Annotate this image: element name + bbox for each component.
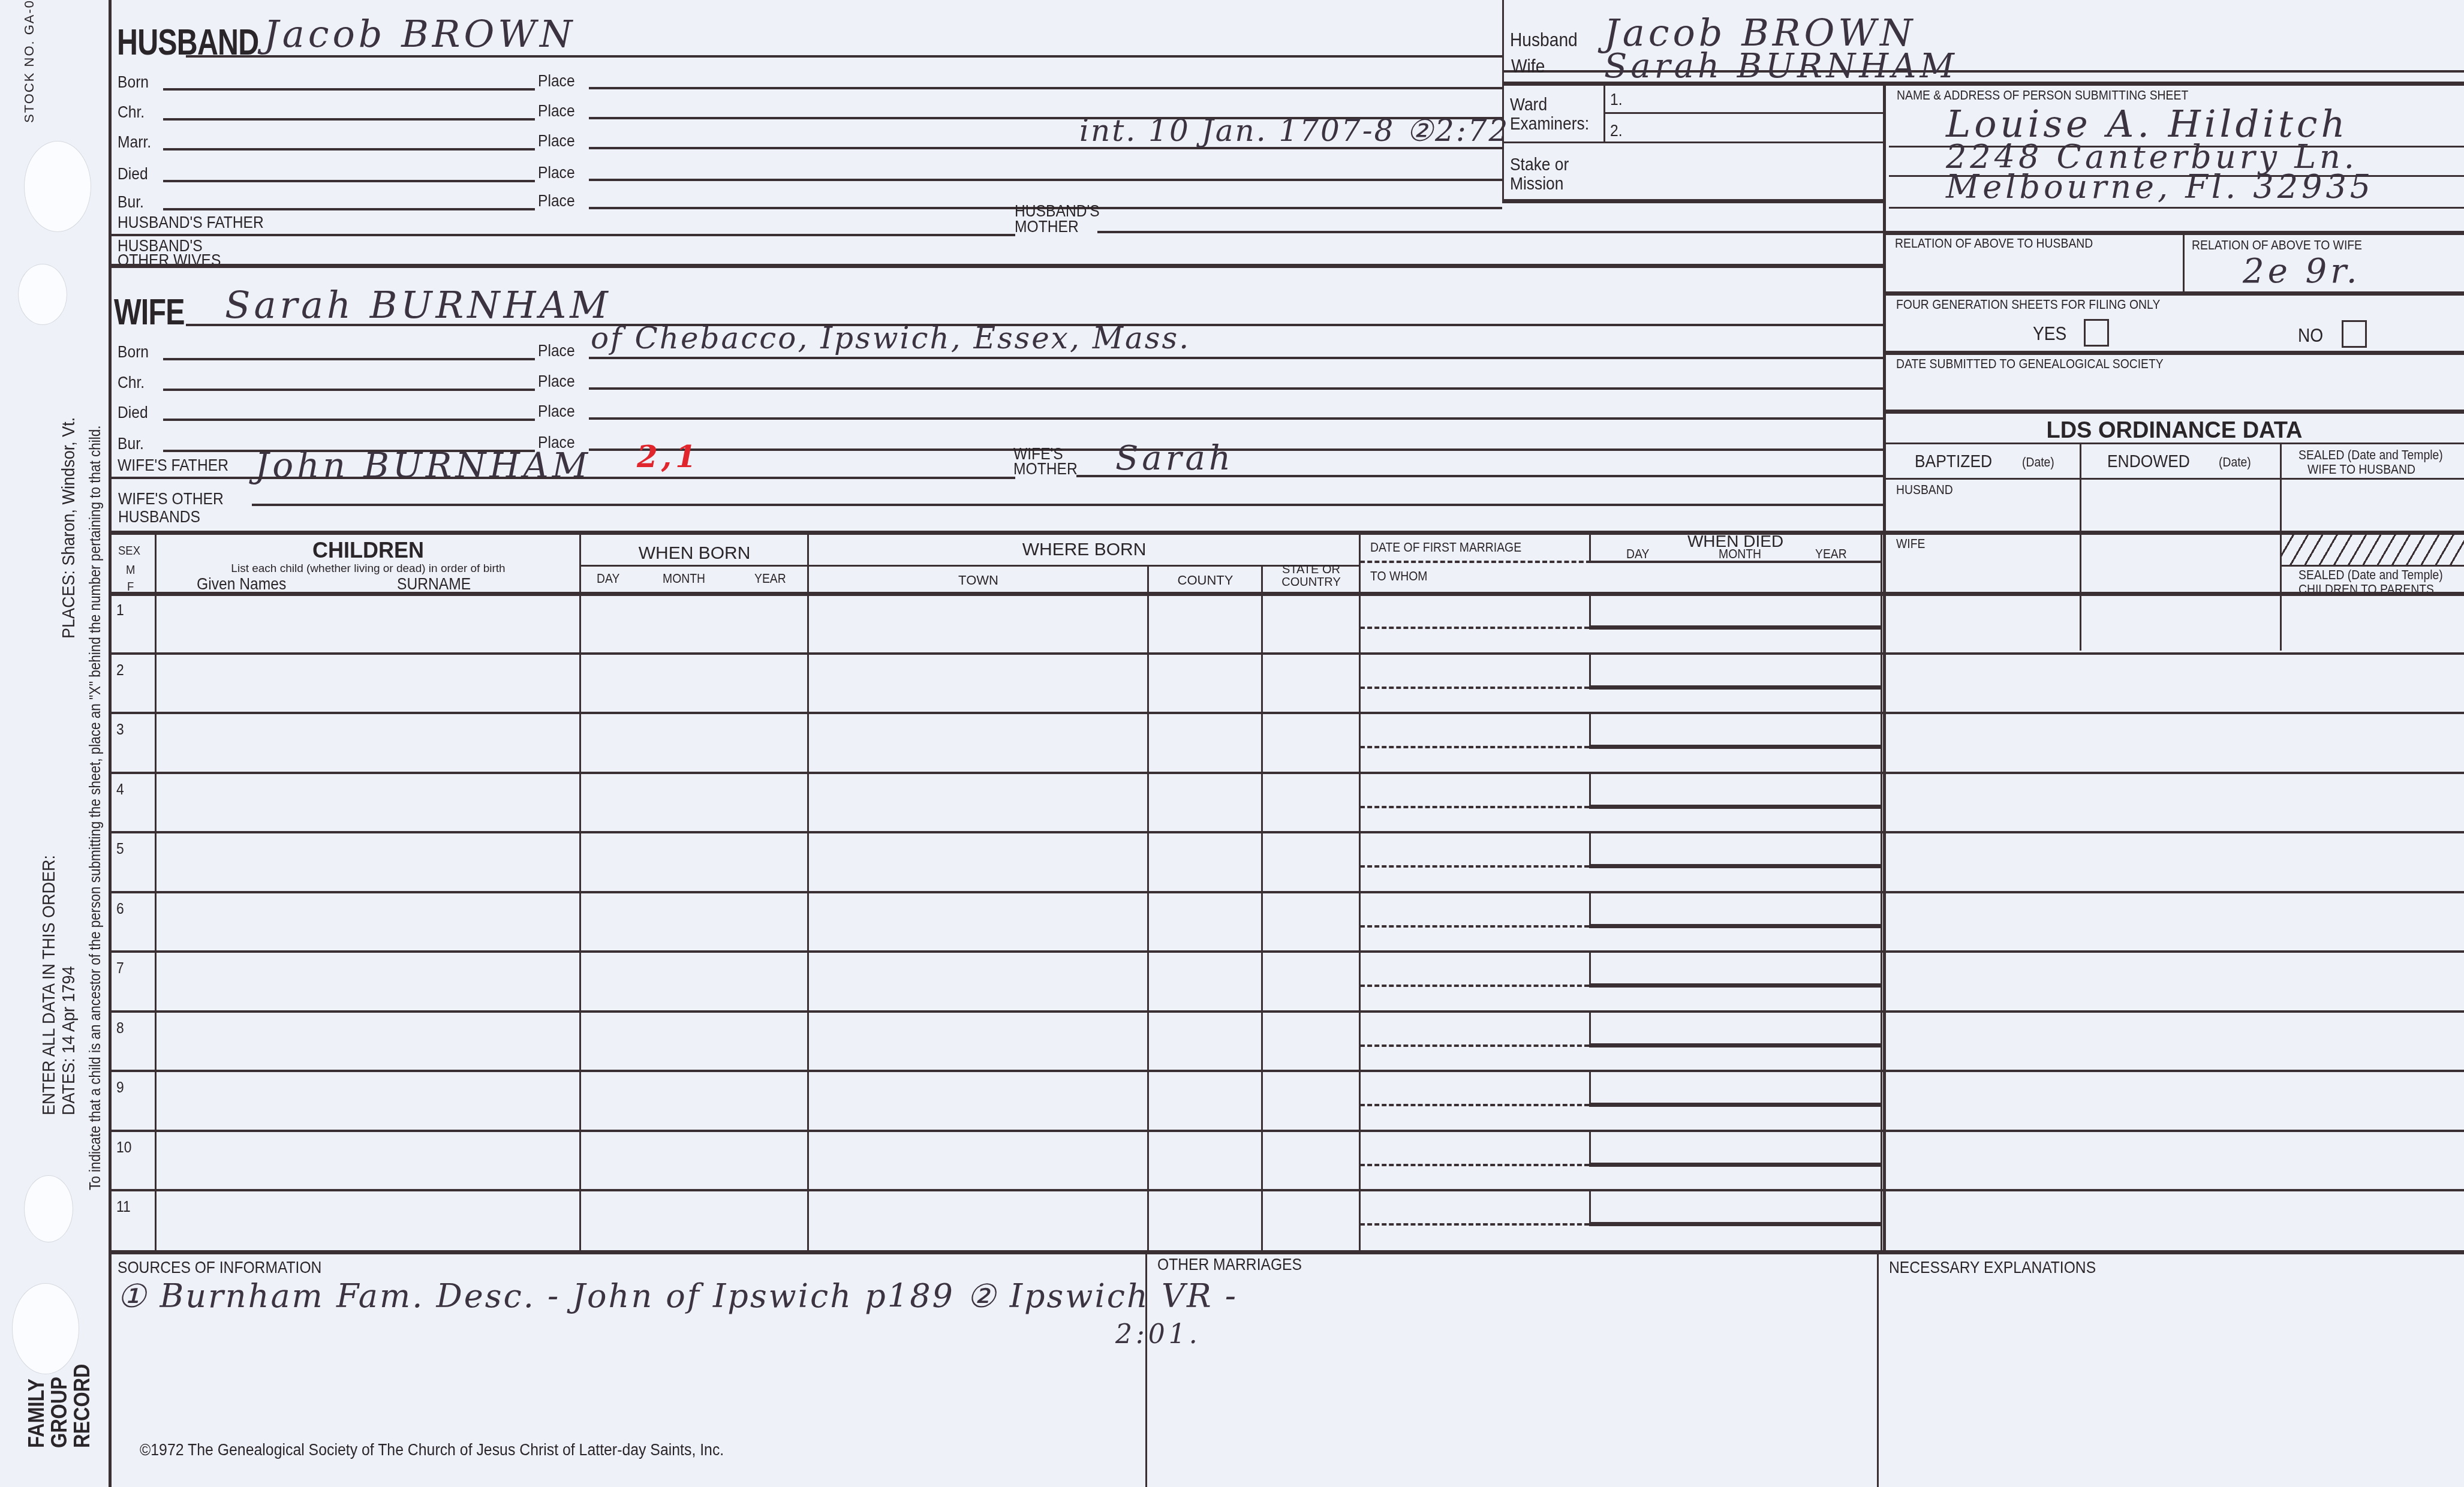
child-row-divider bbox=[110, 831, 2464, 833]
no-label: NO bbox=[2298, 326, 2323, 345]
child-died-line bbox=[1589, 1103, 1882, 1107]
examiner-line bbox=[1603, 112, 1883, 114]
lds-title: LDS ORDINANCE DATA bbox=[1885, 418, 2464, 444]
husband-3-place-label: Place bbox=[538, 164, 575, 181]
explanations-label: NECESSARY EXPLANATIONS bbox=[1889, 1259, 2096, 1276]
wife-1-place-line[interactable] bbox=[589, 387, 1883, 390]
wife-3-label: Bur. bbox=[118, 435, 144, 452]
child-died-line bbox=[1589, 625, 1882, 630]
husband-0-label: Born bbox=[118, 74, 149, 91]
child-row[interactable] bbox=[110, 1012, 2464, 1071]
children-subheading: List each child (whether living or dead)… bbox=[156, 562, 580, 576]
wife-2-label: Died bbox=[118, 404, 148, 421]
child-row-divider bbox=[110, 712, 2464, 714]
born-year-label: YEAR bbox=[754, 572, 786, 585]
header-husband-label: Husband bbox=[1510, 30, 1578, 49]
born-month-label: MONTH bbox=[663, 572, 705, 585]
sex-m-label: M bbox=[126, 564, 135, 576]
country-label: COUNTRY bbox=[1262, 576, 1360, 589]
date-submitted-top-line bbox=[1885, 351, 2464, 355]
stock-number: STOCK NO. GA-032 bbox=[23, 0, 36, 123]
wife-mother-value[interactable]: Sarah bbox=[1115, 439, 1234, 478]
wife-0-label: Born bbox=[118, 344, 149, 360]
child-died-divider bbox=[1589, 1190, 1591, 1223]
submitter-line-3[interactable]: Melbourne, Fl. 32935 bbox=[1946, 168, 2374, 206]
sealed-wife-label-1: SEALED (Date and Temple) bbox=[2298, 448, 2443, 462]
child-row[interactable] bbox=[110, 892, 2464, 952]
child-row-number: 2 bbox=[116, 662, 124, 678]
child-row-divider bbox=[110, 652, 2464, 655]
sources-label: SOURCES OF INFORMATION bbox=[118, 1259, 321, 1276]
child-died-line bbox=[1589, 1222, 1882, 1226]
date-submitted-label: DATE SUBMITTED TO GENEALOGICAL SOCIETY bbox=[1896, 357, 2164, 371]
died-day-label: DAY bbox=[1626, 547, 1649, 561]
child-died-divider bbox=[1589, 1071, 1591, 1104]
endowed-label: ENDOWED bbox=[2107, 453, 2190, 471]
child-row-divider bbox=[110, 1010, 2464, 1013]
born-day-label: DAY bbox=[597, 572, 619, 585]
husband-father-line bbox=[110, 234, 1015, 236]
first-marriage-dash bbox=[1360, 561, 1591, 563]
child-died-divider bbox=[1589, 713, 1591, 746]
child-row-number: 7 bbox=[116, 960, 124, 976]
child-died-divider bbox=[1589, 1012, 1591, 1044]
when-died-left bbox=[1589, 532, 1591, 562]
header-wife-value[interactable]: Sarah BURNHAM bbox=[1604, 47, 1958, 86]
child-marriage-dash bbox=[1360, 865, 1589, 868]
sources-text-2[interactable]: 2:01. bbox=[1115, 1319, 1201, 1350]
yes-checkbox[interactable] bbox=[2084, 319, 2109, 347]
husband-4-label: Bur. bbox=[118, 194, 144, 210]
given-names-label: Given Names bbox=[197, 576, 286, 592]
section-divider bbox=[110, 264, 1883, 268]
wife-1-place-label: Place bbox=[538, 373, 575, 390]
husband-name[interactable]: Jacob BROWN bbox=[264, 12, 576, 56]
husband-1-place-label: Place bbox=[538, 103, 575, 119]
county-label: COUNTY bbox=[1148, 573, 1262, 588]
when-born-heading: WHEN BORN bbox=[580, 543, 808, 564]
binder-hole bbox=[24, 141, 91, 232]
examiner-1[interactable]: 1. bbox=[1610, 91, 1623, 108]
relation-top-line bbox=[1885, 231, 2464, 235]
footer-top-line bbox=[110, 1250, 2464, 1254]
wife-father-line bbox=[110, 477, 1015, 479]
child-marriage-dash bbox=[1360, 925, 1589, 928]
husband-2-place-value[interactable]: int. 10 Jan. 1707-8 ②2:72 bbox=[1079, 113, 1509, 148]
sealed-children-label-1: SEALED (Date and Temple) bbox=[2298, 568, 2443, 582]
lds-header-top bbox=[1885, 443, 2464, 444]
sex-f-label: F bbox=[127, 580, 134, 593]
stake-label-2: Mission bbox=[1510, 175, 1563, 193]
enter-order-label: ENTER ALL DATA IN THIS ORDER: bbox=[39, 855, 59, 1115]
children-top-line bbox=[110, 531, 2464, 535]
child-row-divider bbox=[110, 891, 2464, 893]
wife-father-value[interactable]: John BURNHAM bbox=[255, 445, 591, 486]
relation-divider bbox=[2183, 233, 2185, 293]
husband-3-label: Died bbox=[118, 165, 148, 182]
wife-0-place-value[interactable]: of Chebacco, Ipswich, Essex, Mass. bbox=[591, 321, 1190, 356]
child-died-line bbox=[1589, 1043, 1882, 1047]
children-heading: CHILDREN bbox=[156, 538, 580, 563]
husband-1-date-line[interactable] bbox=[163, 118, 535, 121]
husband-0-place-line[interactable] bbox=[589, 87, 1502, 89]
child-row-number: 9 bbox=[116, 1079, 124, 1095]
baptized-date-note: (Date) bbox=[2022, 456, 2054, 469]
child-died-line bbox=[1589, 924, 1882, 928]
places-example: PLACES: Sharon, Windsor, Vt. bbox=[59, 417, 79, 639]
husband-4-place-label: Place bbox=[538, 192, 575, 209]
child-row[interactable] bbox=[110, 1071, 2464, 1131]
other-marriages-label: OTHER MARRIAGES bbox=[1157, 1256, 1302, 1273]
child-row[interactable] bbox=[110, 832, 2464, 892]
wife-heading: WIFE bbox=[114, 294, 185, 331]
child-row-number: 8 bbox=[116, 1020, 124, 1036]
relation-wife-label: RELATION OF ABOVE TO WIFE bbox=[2192, 239, 2362, 252]
child-died-line bbox=[1589, 983, 1882, 988]
lds-top-line bbox=[1885, 410, 2464, 414]
child-row[interactable] bbox=[110, 773, 2464, 833]
wife-other-husbands-label-2: HUSBANDS bbox=[118, 508, 200, 525]
lds-husband-label: HUSBAND bbox=[1896, 483, 1953, 496]
relation-husband-label: RELATION OF ABOVE TO HUSBAND bbox=[1895, 237, 2093, 250]
child-row[interactable] bbox=[110, 1190, 2464, 1250]
husband-2-label: Marr. bbox=[118, 134, 151, 150]
lds-wife-label: WIFE bbox=[1896, 537, 1925, 550]
baptized-label: BAPTIZED bbox=[1915, 453, 1992, 471]
wife-other-husbands-label-1: WIFE'S OTHER bbox=[118, 490, 224, 507]
child-died-divider bbox=[1589, 892, 1591, 925]
child-died-divider bbox=[1589, 832, 1591, 865]
town-label: TOWN bbox=[808, 573, 1148, 588]
child-died-line bbox=[1589, 685, 1882, 690]
ward-label-1: Ward bbox=[1510, 96, 1547, 114]
title-line: GROUP bbox=[48, 1364, 71, 1448]
child-row-divider bbox=[110, 772, 2464, 774]
sex-label: SEX bbox=[118, 544, 140, 557]
sources-text-1[interactable]: ① Burnham Fam. Desc. - John of Ipswich p… bbox=[117, 1277, 1238, 1315]
husband-mother-line bbox=[1097, 231, 1883, 233]
binder-hole-torn bbox=[24, 1175, 73, 1242]
lds-header-bottom bbox=[1885, 478, 2464, 480]
child-died-divider bbox=[1589, 654, 1591, 687]
hatch-bottom bbox=[2281, 565, 2464, 567]
husband-2-date-line[interactable] bbox=[163, 148, 535, 150]
wife-3-place-line[interactable] bbox=[589, 448, 1883, 451]
husband-father-label: HUSBAND'S FATHER bbox=[118, 214, 264, 231]
wife-other-husbands-line bbox=[252, 504, 1883, 506]
sealed-wife-label-2: WIFE TO HUSBAND bbox=[2307, 463, 2415, 476]
four-gen-label: FOUR GENERATION SHEETS FOR FILING ONLY bbox=[1896, 298, 2160, 311]
child-row-number: 1 bbox=[116, 602, 124, 618]
wife-2-date-line[interactable] bbox=[163, 419, 535, 421]
child-died-divider bbox=[1589, 773, 1591, 806]
header-wife-line bbox=[1502, 82, 2464, 86]
husband-1-label: Chr. bbox=[118, 104, 145, 121]
child-died-line bbox=[1589, 805, 1882, 809]
child-died-line bbox=[1589, 864, 1882, 868]
child-marriage-dash bbox=[1360, 1164, 1589, 1166]
title-line: RECORD bbox=[71, 1364, 94, 1448]
child-row[interactable] bbox=[110, 952, 2464, 1012]
wife-1-label: Chr. bbox=[118, 374, 145, 391]
child-row[interactable] bbox=[110, 654, 2464, 714]
to-whom-label: TO WHOM bbox=[1370, 570, 1427, 583]
submitter-label: NAME & ADDRESS OF PERSON SUBMITTING SHEE… bbox=[1897, 89, 2188, 102]
husband-3-date-line[interactable] bbox=[163, 180, 535, 182]
child-row-divider bbox=[110, 950, 2464, 953]
husband-mother-label-2: MOTHER bbox=[1015, 218, 1079, 235]
submitter-rule bbox=[1889, 207, 2464, 209]
child-marriage-dash bbox=[1360, 627, 1589, 629]
husband-2-place-label: Place bbox=[538, 133, 575, 149]
child-died-line bbox=[1589, 1163, 1882, 1167]
dates-example: DATES: 14 Apr 1794 bbox=[59, 966, 79, 1115]
wife-father-reference: 2,1 bbox=[637, 439, 700, 474]
ancestor-instructions: To indicate that a child is an ancestor … bbox=[87, 425, 104, 1190]
header-wife-label: Wife bbox=[1511, 56, 1545, 76]
child-row[interactable] bbox=[110, 713, 2464, 773]
endowed-date-note: (Date) bbox=[2219, 456, 2251, 469]
child-marriage-dash bbox=[1360, 746, 1589, 748]
hatched-area bbox=[2282, 535, 2464, 565]
wife-father-label: WIFE'S FATHER bbox=[118, 457, 228, 474]
wife-name[interactable]: Sarah BURNHAM bbox=[225, 283, 612, 327]
wife-0-date-line[interactable] bbox=[163, 358, 535, 360]
died-year-label: YEAR bbox=[1815, 547, 1847, 561]
child-died-divider bbox=[1589, 952, 1591, 985]
child-row-number: 4 bbox=[116, 781, 124, 797]
examiner-2[interactable]: 2. bbox=[1610, 122, 1623, 139]
wife-mother-label-2: MOTHER bbox=[1013, 460, 1078, 477]
child-row[interactable] bbox=[110, 1131, 2464, 1191]
husband-4-date-line[interactable] bbox=[163, 208, 535, 210]
husband-0-place-label: Place bbox=[538, 73, 575, 89]
title-line: FAMILY bbox=[25, 1364, 48, 1448]
husband-name-line bbox=[186, 55, 1502, 58]
when-died-rule bbox=[1589, 561, 1882, 563]
husband-0-date-line[interactable] bbox=[163, 88, 535, 91]
yes-label: YES bbox=[2033, 324, 2066, 343]
ward-label-2: Examiners: bbox=[1510, 115, 1589, 133]
four-gen-top-line bbox=[1885, 291, 2464, 296]
child-marriage-dash bbox=[1360, 1104, 1589, 1106]
wife-2-place-label: Place bbox=[538, 403, 575, 420]
wife-mother-line bbox=[1076, 475, 1883, 477]
footer-divider-1 bbox=[1145, 1252, 1147, 1487]
surname-label: SURNAME bbox=[397, 576, 471, 592]
died-month-label: MONTH bbox=[1719, 547, 1761, 561]
child-died-line bbox=[1589, 745, 1882, 749]
binder-hole bbox=[12, 1283, 79, 1374]
no-checkbox[interactable] bbox=[2342, 320, 2367, 348]
husband-3-place-line[interactable] bbox=[589, 179, 1502, 181]
child-row-divider bbox=[110, 1189, 2464, 1191]
where-born-heading: WHERE BORN bbox=[808, 540, 1360, 560]
relation-wife-value[interactable]: 2e 9r. bbox=[2243, 252, 2361, 291]
child-died-divider bbox=[1589, 594, 1591, 627]
child-marriage-dash bbox=[1360, 806, 1589, 808]
stake-bottom-line bbox=[1502, 199, 1883, 203]
wife-0-place-line[interactable] bbox=[589, 357, 1883, 359]
binder-hole-torn bbox=[18, 264, 67, 325]
wife-2-place-line[interactable] bbox=[589, 417, 1883, 420]
child-marriage-dash bbox=[1360, 985, 1589, 987]
ward-bottom-line bbox=[1502, 142, 1883, 143]
child-row-number: 11 bbox=[116, 1199, 131, 1214]
first-marriage-label: DATE OF FIRST MARRIAGE bbox=[1370, 541, 1521, 554]
copyright: ©1972 The Genealogical Society of The Ch… bbox=[140, 1442, 724, 1458]
when-born-subrule bbox=[580, 565, 1360, 567]
state-label: STATE OR bbox=[1262, 564, 1360, 576]
wife-1-date-line[interactable] bbox=[163, 389, 535, 391]
child-row-number: 5 bbox=[116, 841, 124, 856]
child-died-divider bbox=[1589, 1131, 1591, 1164]
family-group-record-title: FAMILY GROUP RECORD bbox=[25, 1364, 93, 1448]
state-country-label: STATE OR COUNTRY bbox=[1262, 564, 1360, 589]
footer-divider-2 bbox=[1877, 1252, 1879, 1487]
child-row-divider bbox=[110, 1130, 2464, 1132]
child-row-divider bbox=[110, 1070, 2464, 1072]
child-row-number: 10 bbox=[116, 1139, 131, 1155]
child-row-number: 6 bbox=[116, 901, 124, 916]
child-row[interactable] bbox=[110, 594, 2464, 654]
child-row-number: 3 bbox=[116, 721, 124, 737]
header-box-left bbox=[1502, 0, 1504, 201]
child-marriage-dash bbox=[1360, 1223, 1589, 1226]
child-marriage-dash bbox=[1360, 687, 1589, 689]
stake-label-1: Stake or bbox=[1510, 156, 1569, 174]
child-marriage-dash bbox=[1360, 1044, 1589, 1047]
wife-0-place-label: Place bbox=[538, 342, 575, 359]
